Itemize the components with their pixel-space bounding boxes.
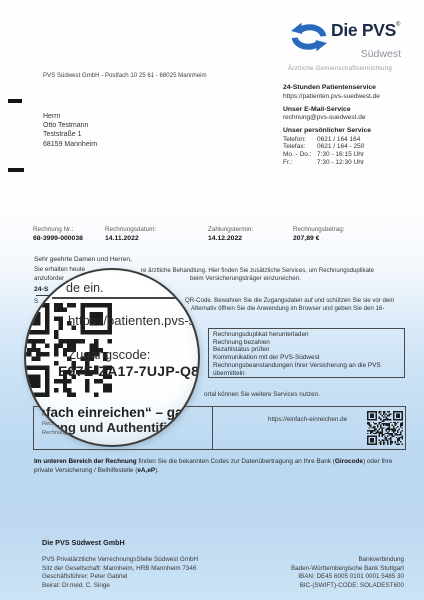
contact-block: 24-Stunden Patientenservice https://pati… (283, 84, 408, 167)
body-line2-left: anzuforder (34, 275, 64, 282)
footer-line: Geschäftsführer: Peter Gabriel (42, 573, 198, 582)
lens-top-fragment: de ein. (66, 281, 104, 295)
access-code-label: Zugangscode: (68, 347, 150, 362)
contact-row-hours-weekdays: Mo. - Do.:7:30 - 16:15 Uhr (283, 151, 408, 159)
patient-service-title: 24-Stunden Patientenservice (283, 84, 408, 91)
recipient-salutation: Herrn (43, 112, 97, 121)
contact-row-phone: Telefon:0621 / 164 164 (283, 136, 408, 144)
salutation: Sehr geehrte Damen und Herren, (34, 256, 132, 263)
footer-line: PVS Privatärztliche VerrechnungsStelle S… (42, 556, 198, 565)
recipient-name: Otto Testmann (43, 121, 97, 130)
body-line1-right: re ärztliche Behandlung. Hier finden Sie… (141, 267, 374, 274)
circular-arrows-icon (290, 22, 328, 57)
magnifier-lens-circle: de ein. https://patienten.pvs-s Zugangsc… (24, 268, 200, 447)
sender-line: PVS Südwest GmbH - Postfach 10 25 61 - 6… (43, 72, 207, 79)
service-item: Rechnungsduplikat herunterladen (213, 331, 404, 339)
contact-row-hours-friday: Fr.:7:30 - 12:30 Uhr (283, 159, 408, 167)
bank-line: Baden-Württembergische Bank Stuttgart (200, 565, 404, 574)
body-line2-right: beim Versicherungsträger einzureichen. (190, 275, 301, 282)
bank-line: BIC-(SWIFT)-CODE: SOLADEST600 (200, 582, 404, 591)
body-line1-left: Sie erhalten heute (34, 266, 85, 273)
brand-tagline: Ärztliche Gemeinschaftseinrichtung (288, 65, 392, 72)
personal-service-title: Unser persönlicher Service (283, 127, 408, 134)
bank-line: IBAN: DE45 6005 0101 0001 5485 30 (200, 573, 404, 582)
qr-instruction-line1: QR-Code. Bewahren Sie die Zugangsdaten a… (185, 297, 394, 304)
box-divider (212, 407, 213, 449)
pvs-logo: Die PVS® Südwest Ärztliche Gemeinschafts… (285, 18, 407, 76)
footer-line: Sitz der Gesellschaft: Mannheim, HRB Man… (42, 565, 198, 574)
footer-line: Beirat: Dr.med. C. Singe (42, 582, 198, 591)
invoice-date-col: Rechnungsdatum: 14.11.2022 (105, 226, 156, 242)
lens-bottom-bold-fragment: „nfach einreichen“ – ga (31, 405, 183, 420)
email-service-address: rechnung@pvs-suedwest.de (283, 114, 408, 121)
recipient-city: 68159 Mannheim (43, 140, 97, 149)
section-heading-fragment: 24-S (34, 286, 48, 293)
patient-service-url: https://patienten.pvs-suedwest.de (283, 93, 408, 100)
lens-box-border-line (52, 297, 200, 299)
service-item: Rechnungsbeanstandungen Ihrer Versicheru… (213, 362, 404, 370)
einreichen-url: https://einfach-einreichen.de (268, 416, 347, 423)
girocode-note: Im unteren Bereich der Rechnung finden S… (34, 458, 408, 475)
recipient-address: Herrn Otto Testmann Teststraße 1 68159 M… (43, 112, 97, 149)
invoice-number: 68-3999-000038 (33, 235, 83, 242)
online-services-box: Rechnungsduplikat herunterladen Rechnung… (208, 328, 405, 378)
email-service-title: Unser E-Mail-Service (283, 106, 408, 113)
brand-name: Die PVS® (331, 20, 400, 41)
fold-mark-bottom (8, 168, 24, 172)
scanned-invoice-letter: Die PVS® Südwest Ärztliche Gemeinschafts… (0, 0, 424, 600)
invoice-amount-col: Rechnungsbetrag: 207,89 € (293, 226, 344, 242)
footer-company-details: PVS Privatärztliche VerrechnungsStelle S… (42, 556, 198, 591)
access-code-value: E97E-ZA17-7UJP-Q8C (58, 363, 200, 379)
service-item: Kommunikation mit der PVS-Südwest (213, 354, 404, 362)
service-item: Bezahlstatus prüfen (213, 346, 404, 354)
payment-due-date: 14.12.2022 (208, 235, 253, 242)
service-item: übermitteln (213, 370, 404, 378)
lens-bottom-fragment: rung und Authentifi (47, 420, 167, 435)
footer-company-name: Die PVS Südwest GmbH (42, 538, 125, 547)
invoice-number-col: Rechnung Nr.: 68-3999-000038 (33, 226, 83, 242)
payment-due-col: Zahlungstermin: 14.12.2022 (208, 226, 253, 242)
brand-region: Südwest (361, 48, 401, 60)
service-item: Rechnung bezahlen (213, 339, 404, 347)
invoice-amount: 207,89 € (293, 235, 344, 242)
footer-bank-details: Bankverbindung Baden-Württembergische Ba… (200, 556, 404, 591)
recipient-street: Teststraße 1 (43, 130, 97, 139)
registered-mark: ® (396, 22, 400, 28)
invoice-date: 14.11.2022 (105, 235, 156, 242)
qr-instruction-line2: Alternativ öffnen Sie die Anwendung im B… (191, 305, 384, 312)
bank-line: Bankverbindung (200, 556, 404, 565)
lens-portal-url: https://patienten.pvs-s (68, 313, 195, 328)
portal-fragment: ortal können Sie weitere Services nutzen… (204, 391, 320, 398)
fold-mark-top (8, 99, 22, 103)
contact-row-fax: Telefax:0621 / 164 - 250 (283, 143, 408, 151)
einreichen-qr-code-icon (367, 411, 403, 445)
